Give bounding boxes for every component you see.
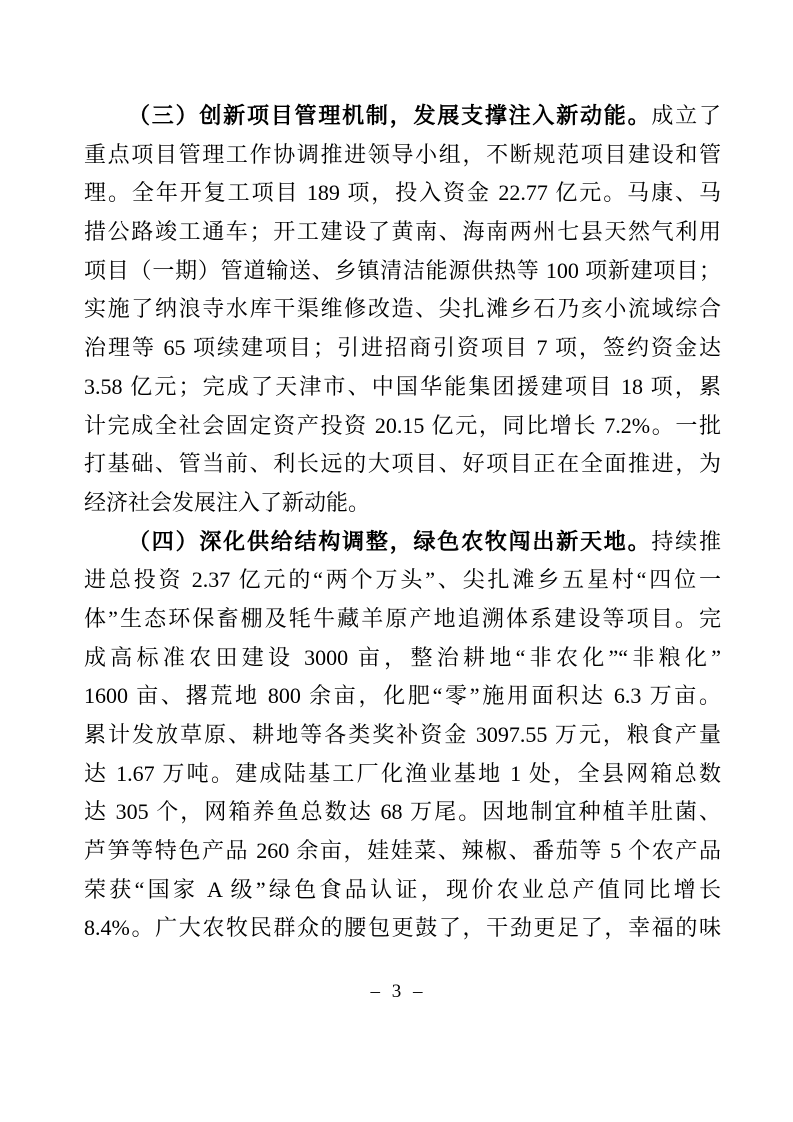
text-line: 3.58 亿元；完成了天津市、中国华能集团援建项目 18 项，累	[84, 368, 721, 407]
line-text: 计完成全社会固定资产投资 20.15 亿元，同比增长 7.2%。一批	[84, 413, 721, 438]
text-line: 项目（一期）管道输送、乡镇清洁能源供热等 100 项新建项目；	[84, 252, 721, 291]
line-text: 进总投资 2.37 亿元的“两个万头”、尖扎滩乡五星村“四位一	[84, 567, 721, 592]
text-line: 体”生态环保畜棚及牦牛藏羊原产地追溯体系建设等项目。完	[84, 600, 721, 639]
text-line: 进总投资 2.37 亿元的“两个万头”、尖扎滩乡五星村“四位一	[84, 561, 721, 600]
text-line: 经济社会发展注入了新动能。	[84, 484, 721, 523]
text-line: 成高标准农田建设 3000 亩，整治耕地“非农化”“非粮化”	[84, 639, 721, 678]
line-text: 治理等 65 项续建项目；引进招商引资项目 7 项，签约资金达	[84, 335, 721, 360]
line-text: 1600 亩、撂荒地 800 余亩，化肥“零”施用面积达 6.3 万亩。	[84, 683, 721, 708]
document-page: （三）创新项目管理机制，发展支撑注入新动能。成立了重点项目管理工作协调推进领导小…	[0, 0, 793, 1122]
line-text: 措公路竣工通车；开工建设了黄南、海南两州七县天然气利用	[84, 219, 721, 244]
line-text: 达 1.67 万吨。建成陆基工厂化渔业基地 1 处，全县网箱总数	[84, 761, 721, 786]
line-text: 荣获“国家 A 级”绿色食品认证，现价农业总产值同比增长	[84, 877, 721, 902]
text-line: （三）创新项目管理机制，发展支撑注入新动能。成立了	[84, 97, 721, 136]
text-line: 计完成全社会固定资产投资 20.15 亿元，同比增长 7.2%。一批	[84, 407, 721, 446]
line-text: 累计发放草原、耕地等各类奖补资金 3097.55 万元，粮食产量	[84, 722, 721, 747]
text-line: 累计发放草原、耕地等各类奖补资金 3097.55 万元，粮食产量	[84, 716, 721, 755]
report-text: （三）创新项目管理机制，发展支撑注入新动能。成立了重点项目管理工作协调推进领导小…	[84, 97, 721, 948]
line-text: 3.58 亿元；完成了天津市、中国华能集团援建项目 18 项，累	[84, 374, 721, 399]
line-text: 达 305 个，网箱养鱼总数达 68 万尾。因地制宜种植羊肚菌、	[84, 799, 721, 824]
line-text: 8.4%。广大农牧民群众的腰包更鼓了，干劲更足了，幸福的味	[84, 915, 721, 940]
text-line: （四）深化供给结构调整，绿色农牧闯出新天地。持续推	[84, 523, 721, 562]
line-text: 成立了	[651, 103, 721, 128]
line-text: 经济社会发展注入了新动能。	[84, 490, 370, 515]
text-line: 理。全年开复工项目 189 项，投入资金 22.77 亿元。马康、马	[84, 174, 721, 213]
line-text: 体”生态环保畜棚及牦牛藏羊原产地追溯体系建设等项目。完	[84, 606, 721, 631]
line-text: 打基础、管当前、利长远的大项目、好项目正在全面推进，为	[84, 451, 721, 476]
section-heading: （四）深化供给结构调整，绿色农牧闯出新天地。	[128, 529, 651, 554]
text-line: 达 1.67 万吨。建成陆基工厂化渔业基地 1 处，全县网箱总数	[84, 755, 721, 794]
text-line: 达 305 个，网箱养鱼总数达 68 万尾。因地制宜种植羊肚菌、	[84, 793, 721, 832]
line-text: 理。全年开复工项目 189 项，投入资金 22.77 亿元。马康、马	[84, 180, 721, 205]
text-line: 实施了纳浪寺水库干渠维修改造、尖扎滩乡石乃亥小流域综合	[84, 290, 721, 329]
line-text: 项目（一期）管道输送、乡镇清洁能源供热等 100 项新建项目；	[84, 258, 721, 283]
line-text: 重点项目管理工作协调推进领导小组，不断规范项目建设和管	[84, 142, 721, 167]
line-text: 持续推	[651, 529, 721, 554]
text-line: 荣获“国家 A 级”绿色食品认证，现价农业总产值同比增长	[84, 871, 721, 910]
page-number: – 3 –	[0, 978, 793, 1006]
text-line: 打基础、管当前、利长远的大项目、好项目正在全面推进，为	[84, 445, 721, 484]
text-line: 重点项目管理工作协调推进领导小组，不断规范项目建设和管	[84, 136, 721, 175]
text-line: 治理等 65 项续建项目；引进招商引资项目 7 项，签约资金达	[84, 329, 721, 368]
line-text: 成高标准农田建设 3000 亩，整治耕地“非农化”“非粮化”	[84, 645, 721, 670]
text-line: 1600 亩、撂荒地 800 余亩，化肥“零”施用面积达 6.3 万亩。	[84, 677, 721, 716]
section-heading: （三）创新项目管理机制，发展支撑注入新动能。	[128, 103, 651, 128]
line-text: 芦笋等特色产品 260 余亩，娃娃菜、辣椒、番茄等 5 个农产品	[84, 838, 721, 863]
text-line: 措公路竣工通车；开工建设了黄南、海南两州七县天然气利用	[84, 213, 721, 252]
text-line: 8.4%。广大农牧民群众的腰包更鼓了，干劲更足了，幸福的味	[84, 909, 721, 948]
text-line: 芦笋等特色产品 260 余亩，娃娃菜、辣椒、番茄等 5 个农产品	[84, 832, 721, 871]
line-text: 实施了纳浪寺水库干渠维修改造、尖扎滩乡石乃亥小流域综合	[84, 296, 721, 321]
